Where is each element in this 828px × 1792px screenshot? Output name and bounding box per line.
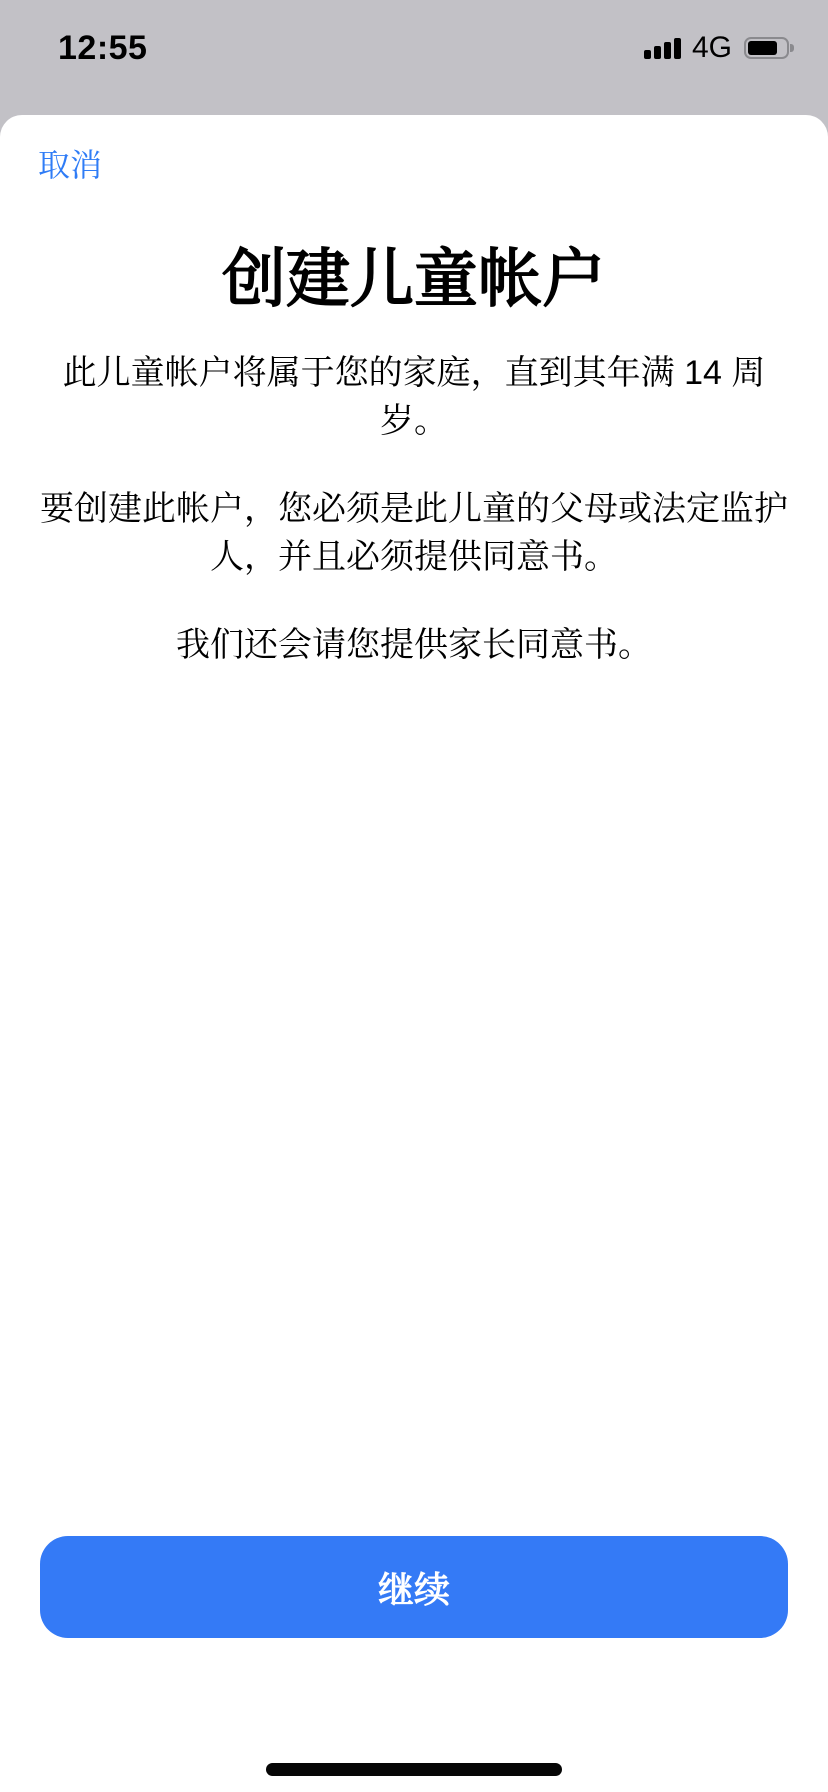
description-paragraph-3: 我们还会请您提供家长同意书。 <box>40 621 788 669</box>
description-text: 此儿童帐户将属于您的家庭，直到其年满 14 周岁。 要创建此帐户，您必须是此儿童… <box>40 349 788 709</box>
description-paragraph-2: 要创建此帐户，您必须是此儿童的父母或法定监护人，并且必须提供同意书。 <box>40 485 788 581</box>
page-title: 创建儿童帐户 <box>0 240 828 318</box>
continue-button[interactable]: 继续 <box>40 1536 788 1638</box>
status-bar: 12:55 4G <box>0 0 828 96</box>
cancel-button[interactable]: 取消 <box>38 145 102 185</box>
create-child-account-sheet: 取消 创建儿童帐户 此儿童帐户将属于您的家庭，直到其年满 14 周岁。 要创建此… <box>0 115 828 1792</box>
description-paragraph-1: 此儿童帐户将属于您的家庭，直到其年满 14 周岁。 <box>40 349 788 445</box>
status-icons: 4G <box>644 31 794 65</box>
battery-icon <box>744 37 794 59</box>
phone-screen: 12:55 4G 取消 创建儿童帐户 此儿童帐户将属于您的家庭，直到其年满 14… <box>0 0 828 1792</box>
network-type-label: 4G <box>692 31 732 65</box>
status-time: 12:55 <box>58 29 147 68</box>
home-indicator[interactable] <box>266 1763 562 1776</box>
cellular-signal-icon <box>644 38 681 59</box>
